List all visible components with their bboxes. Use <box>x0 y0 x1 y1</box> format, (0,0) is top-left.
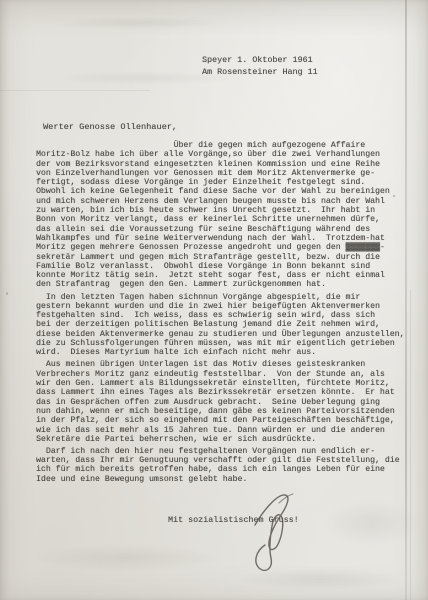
letter-paragraph-3: Aus meinen übrigen Unterlagen ist das Mo… <box>36 360 424 444</box>
paper-wrinkle-shadow <box>325 500 420 545</box>
letter-date-address-block: Speyer 1. Oktober 1961 Am Rosensteiner H… <box>202 55 318 78</box>
paper-speck <box>6 292 8 295</box>
paper-crease-horizontal <box>0 90 150 91</box>
paper-bleedthrough-smudge <box>55 18 225 28</box>
letter-paragraph-1: Über die gegen mich aufgezogene Affaire … <box>36 141 424 290</box>
letter-body: Über die gegen mich aufgezogene Affaire … <box>36 141 424 487</box>
paper-wrinkle-shadow <box>30 545 220 571</box>
letter-salutation: Werter Genosse Ollenhauer, <box>43 122 177 132</box>
letter-page: Speyer 1. Oktober 1961 Am Rosensteiner H… <box>0 0 428 600</box>
letter-paragraph-2: In den letzten Tagen haben sichnnun Vorg… <box>36 293 424 358</box>
letter-paragraph-4: Darf ich nach den hier neu festgehaltene… <box>36 447 424 484</box>
signature-scribble <box>243 489 333 577</box>
